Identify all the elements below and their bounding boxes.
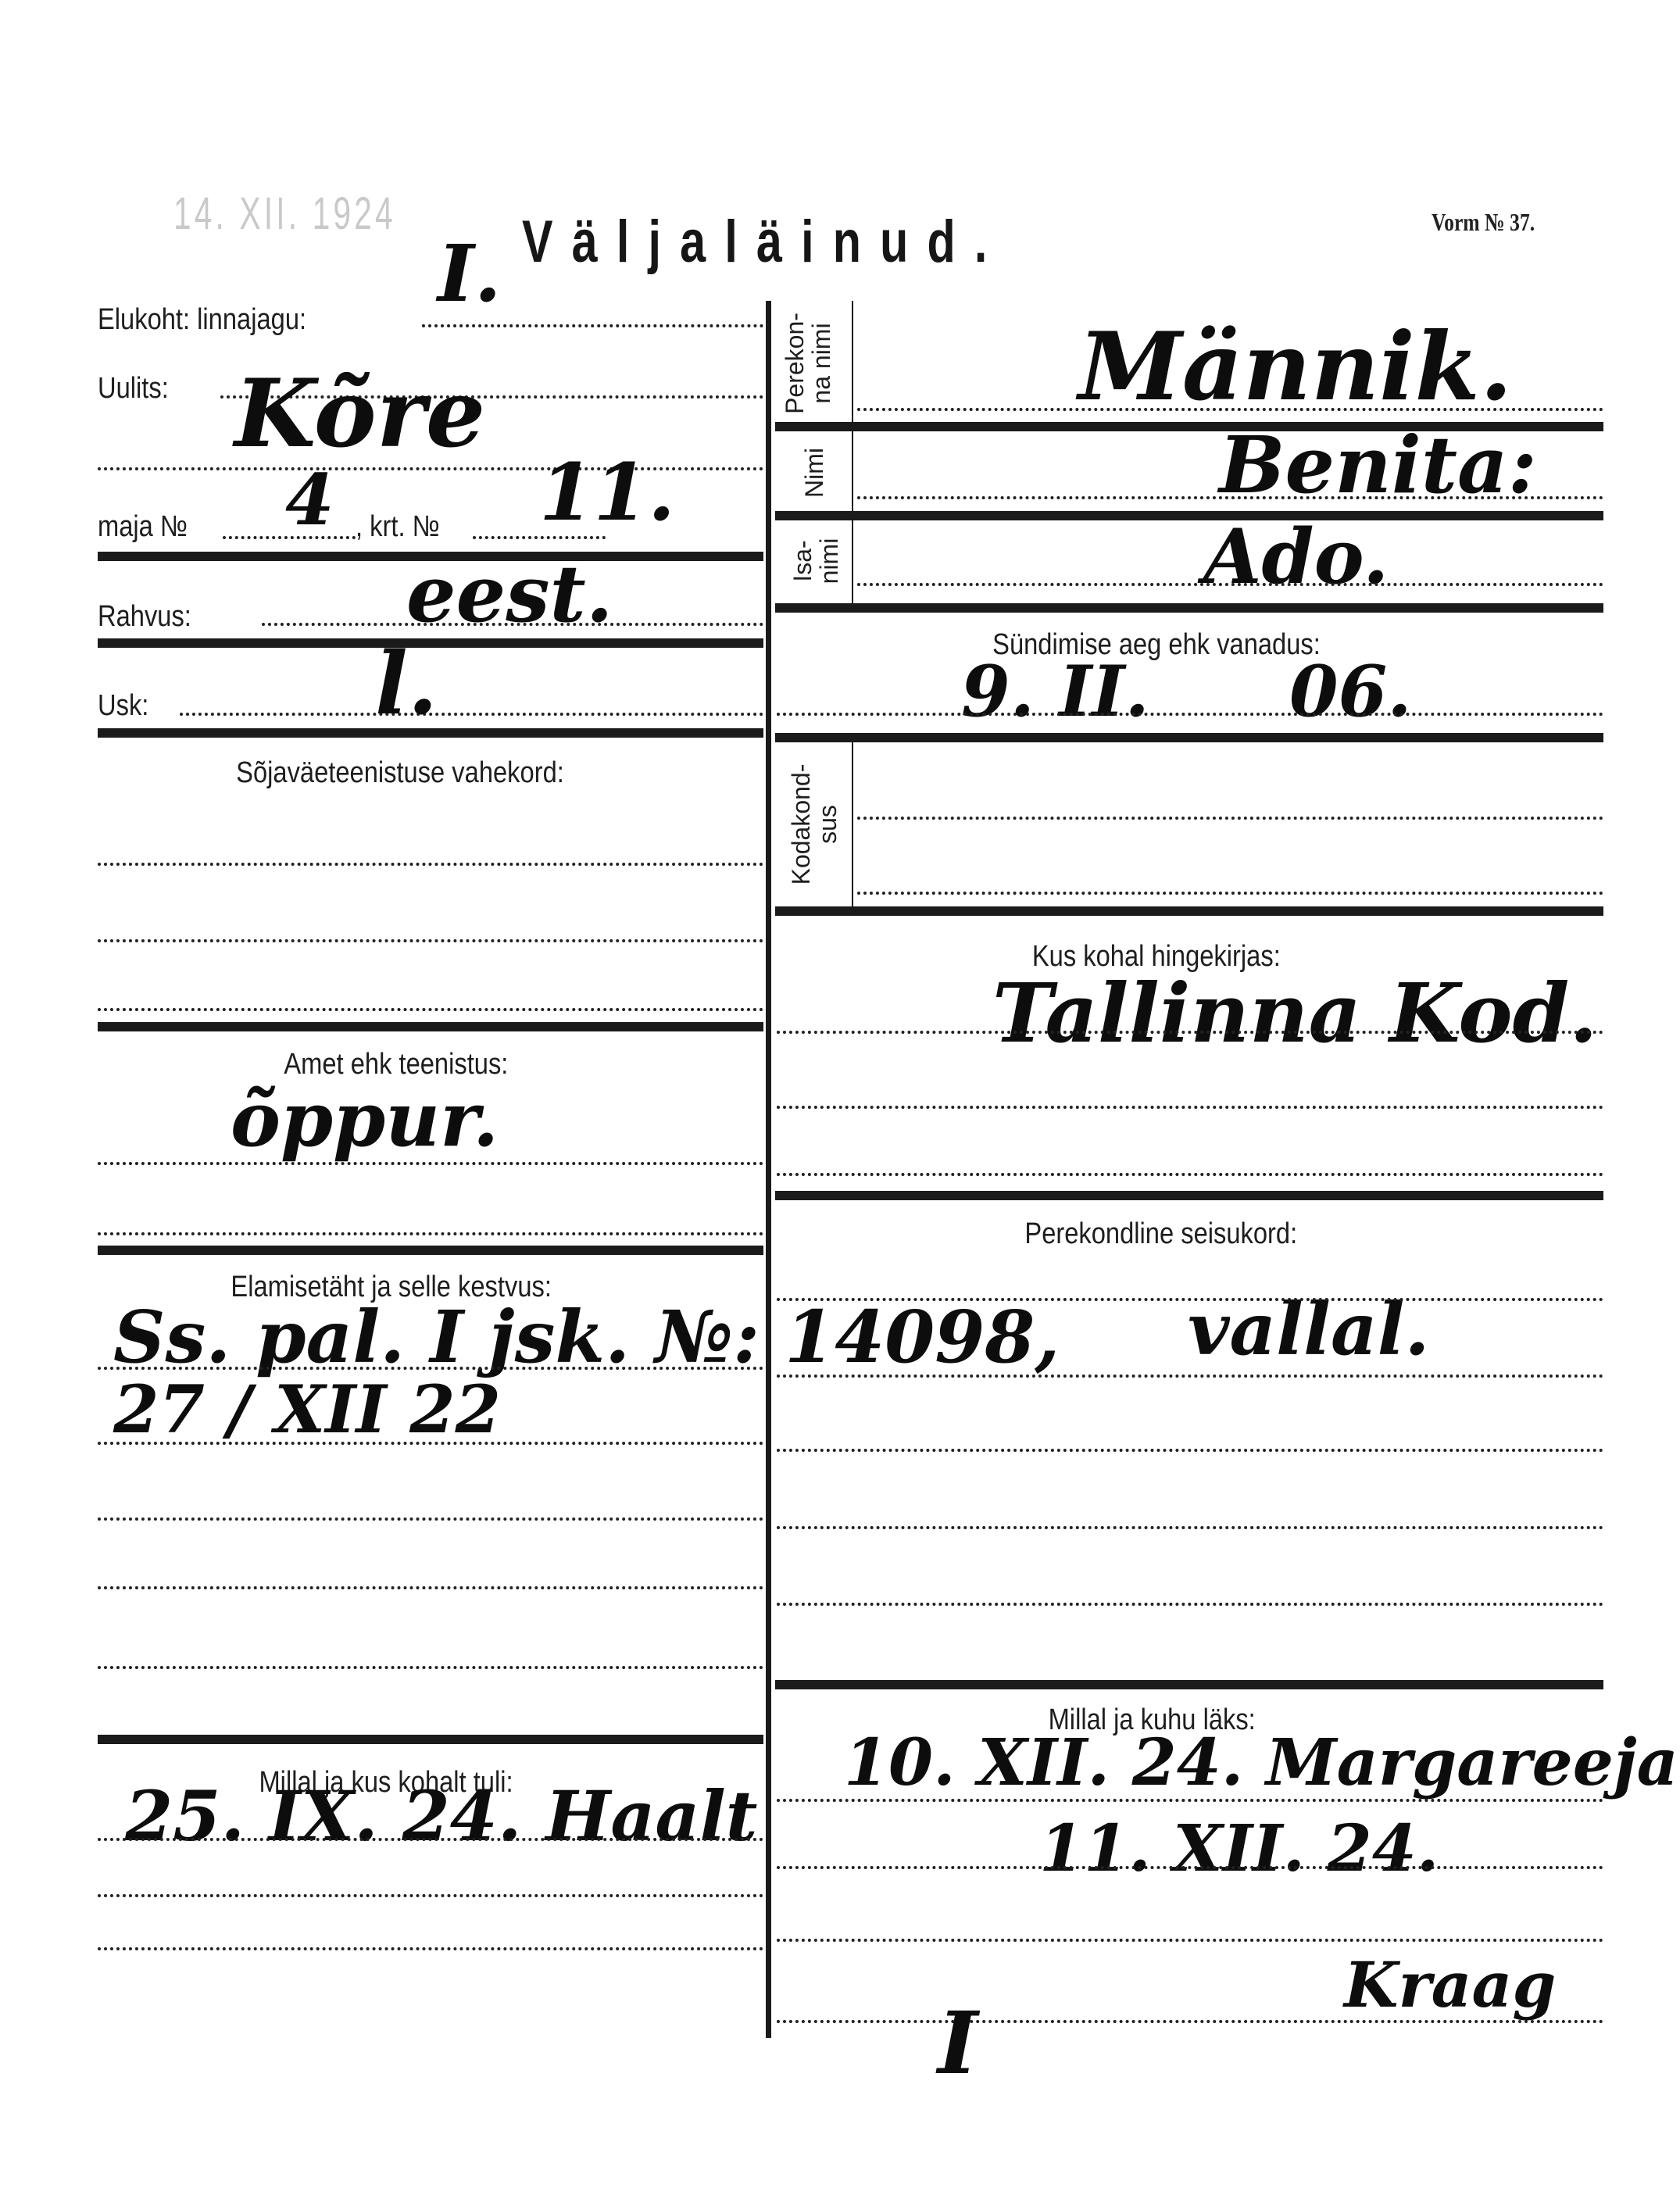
column-divider	[766, 301, 771, 2038]
label-column-divider	[852, 431, 853, 516]
signature: Kraag	[1344, 1954, 1556, 2016]
perekonnanimi-label: Perekon- na nimi	[781, 305, 835, 422]
roman-mark: I	[938, 2000, 978, 2086]
section-rule	[98, 1022, 763, 1031]
perekondline-value: vallal.	[1188, 1293, 1430, 1365]
section-rule	[98, 728, 763, 738]
uulits-value: Kõre	[234, 367, 485, 461]
elukoht-field[interactable]	[422, 324, 763, 327]
amet-field-2[interactable]	[98, 1232, 763, 1235]
usk-field[interactable]	[180, 713, 763, 716]
amet-field-1[interactable]	[98, 1162, 763, 1165]
krt-label: , krt. №	[356, 512, 440, 542]
maja-value: 4	[285, 465, 334, 535]
isanimi-label: Isa- nimi	[789, 522, 842, 600]
isanimi-field[interactable]	[857, 583, 1603, 586]
section-rule	[775, 906, 1603, 916]
section-rule	[775, 733, 1603, 742]
millal-tuli-field-2[interactable]	[98, 1894, 763, 1897]
perekondline-field-4[interactable]	[777, 1526, 1603, 1529]
label-column-divider	[852, 742, 853, 908]
elamisetaht-field-1[interactable]	[98, 1367, 763, 1370]
sojavae-field-1[interactable]	[98, 863, 763, 866]
label-column-divider	[852, 520, 853, 608]
sundimise-value-year: 06.	[1289, 656, 1412, 727]
millal-laks-field-1[interactable]	[777, 1799, 1603, 1802]
sundimise-field[interactable]	[777, 713, 1603, 716]
section-rule	[775, 511, 1603, 520]
sojavae-label: Sõjaväeteenistuse vahekord:	[236, 758, 564, 788]
section-rule	[98, 1246, 763, 1255]
maja-label: maja №	[98, 512, 188, 542]
millal-laks-field-2[interactable]	[777, 1866, 1603, 1869]
perekondline-field-1[interactable]	[777, 1298, 1603, 1301]
millal-laks-field-3[interactable]	[777, 1939, 1603, 1942]
perekonnanimi-value: Männik.	[1078, 320, 1513, 414]
millal-tuli-field-1[interactable]	[98, 1838, 763, 1841]
millal-tuli-field-3[interactable]	[98, 1947, 763, 1950]
nimi-value: Benita:	[1219, 426, 1537, 504]
elamisetaht-field-3[interactable]	[98, 1517, 763, 1521]
section-rule	[775, 603, 1603, 613]
kus-kohal-field-1[interactable]	[777, 1031, 1603, 1034]
kodakondsus-field-1[interactable]	[857, 817, 1603, 820]
kodakondsus-label: Kodakond- sus	[788, 750, 841, 899]
nimi-label: Nimi	[801, 438, 827, 508]
section-rule	[775, 1680, 1603, 1689]
kus-kohal-value: Tallinna Kod.	[992, 973, 1598, 1054]
label-column-divider	[852, 301, 853, 428]
elamisetaht-value-2: 27 / XII 22	[113, 1377, 501, 1442]
perekondline-label: Perekondline seisukord:	[1024, 1219, 1297, 1249]
rahvus-value: eest.	[406, 555, 613, 633]
rahvus-label: Rahvus:	[98, 602, 191, 631]
millal-laks-field-4[interactable]	[777, 2020, 1603, 2023]
section-rule	[98, 1735, 763, 1744]
perekondline-field-5[interactable]	[777, 1603, 1603, 1606]
section-rule	[775, 1191, 1603, 1200]
elamisetaht-value-1: Ss. pal. I jsk. №: 14098,	[113, 1301, 1060, 1373]
elamisetaht-field-2[interactable]	[98, 1442, 763, 1445]
elamisetaht-field-5[interactable]	[98, 1666, 763, 1669]
form-number: Vorm № 37.	[1432, 208, 1535, 237]
sojavae-field-2[interactable]	[98, 939, 763, 942]
elukoht-label: Elukoht: linnajagu:	[98, 305, 306, 334]
date-stamp: 14. XII. 1924	[173, 188, 396, 240]
kodakondsus-field-2[interactable]	[857, 892, 1603, 895]
amet-value: õppur.	[231, 1082, 499, 1157]
nimi-field[interactable]	[857, 496, 1603, 499]
perekondline-field-3[interactable]	[777, 1449, 1603, 1452]
kus-kohal-field-3[interactable]	[777, 1173, 1603, 1176]
kus-kohal-field-2[interactable]	[777, 1106, 1603, 1109]
perekondline-field-2[interactable]	[777, 1374, 1603, 1378]
millal-laks-value-2: 11. XII. 24.	[1039, 1817, 1439, 1881]
sundimise-value-day: 9. II.	[961, 656, 1149, 727]
elamisetaht-field-4[interactable]	[98, 1586, 763, 1589]
form-title: Väljaläinud.	[522, 213, 1006, 272]
usk-label: Usk:	[98, 691, 148, 720]
krt-value: 11.	[539, 453, 675, 531]
millal-laks-value-1: 10. XII. 24. Margareeja	[844, 1731, 1678, 1795]
elukoht-value: I.	[438, 234, 502, 313]
usk-value: l.	[375, 641, 438, 727]
sojavae-field-3[interactable]	[98, 1008, 763, 1011]
perekonnanimi-field[interactable]	[857, 408, 1603, 411]
uulits-label: Uulits:	[98, 374, 169, 403]
